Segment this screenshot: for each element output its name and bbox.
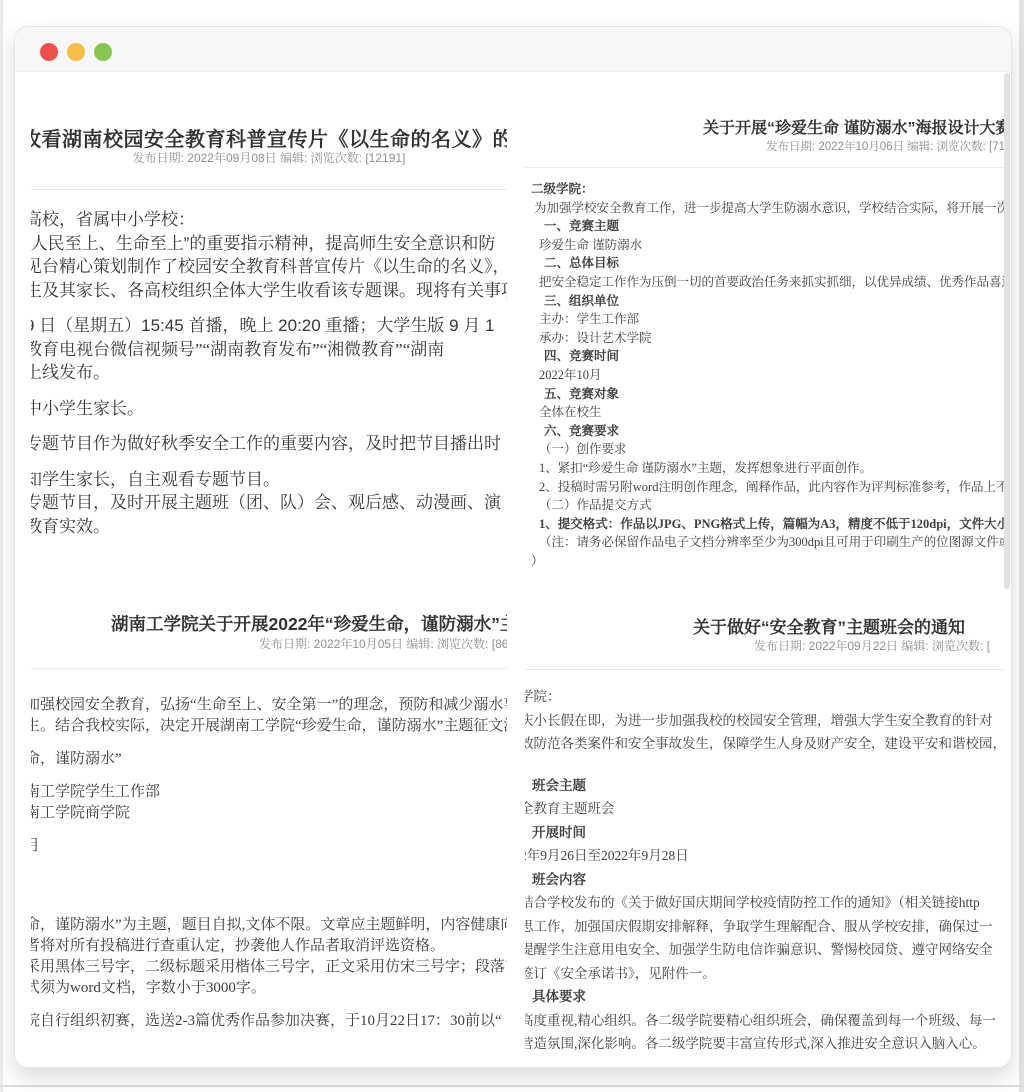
text-line: 上线发布。 [31,361,507,385]
text-line: 珍爱生命 谨防溺水 [531,236,1004,255]
text-line: 命，谨防溺水”为主题，题目自拟,文体不限。文章应主题鲜明，内容健康向上 [31,915,507,936]
spacer [31,737,507,749]
text-line: 生。结合我校实际，决定开展湖南工学院“珍爱生命，谨防溺水”主题征文活动， [31,716,507,737]
browser-window: 收看湖南校园安全教育科普宣传片《以生命的名义》的通知 发布日期: 2022年09… [14,26,1012,1068]
text-line: 结合学校发布的《关于做好国庆期间学校疫情防控工作的通知》（相关链接http [525,891,1004,915]
spacer [31,857,507,915]
text-line: “人民至上、生命至上”的重要指示精神，提高师生安全意识和防 [31,232,507,256]
text-line: 班会主题 [525,774,1004,798]
viewport-left-edge [0,0,3,1092]
publish-meta: 发布日期: 2022年09月22日 编辑: 浏览次数: [ [754,637,990,654]
spacer [31,824,507,836]
minimize-button[interactable] [67,43,85,61]
spacer [31,999,507,1011]
text-line: 南工学院学生工作部 [31,782,507,803]
notice-poster-contest-page: 关于开展“珍爱生命 谨防溺水”海报设计大赛的通知 发布日期: 2022年10月0… [525,96,1004,588]
text-line: 1、提交格式：作品以JPG、PNG格式上传，篇幅为A3，精度不低于120dpi，… [531,515,1004,534]
scrollbar[interactable] [1004,73,1010,589]
text-line: 式须为word文档，字数小于3000字。 [31,978,507,999]
divider [525,669,1004,670]
text-line: 三、组织单位 [531,292,1004,311]
text-line: 营造氛围,深化影响。各二级学院要丰富宣传形式,深入推进安全意识入脑入心。 [525,1032,1004,1056]
text-line: 教育电视台微信视频号”“湖南教育发布”“湘微教育”“湖南 [31,338,507,362]
text-line: 南工学院商学院 [31,803,507,824]
notice-safety-video-page: 收看湖南校园安全教育科普宣传片《以生命的名义》的通知 发布日期: 2022年09… [31,96,507,588]
spacer [31,456,507,468]
text-line: 庆小长假在即，为进一步加强我校的校园安全管理，增强大学生安全教育的针对 [525,709,1004,733]
text-line: 主办：学生工作部 [531,310,1004,329]
text-line: 2022年10月 [531,366,1004,385]
text-line: 者将对所有投稿进行查重认定，抄袭他人作品者取消评选资格。 [31,936,507,957]
text-line: 提醒学生注意用电安全、加强学生防电信诈骗意识、警惕校园贷、遵守网络安全 [525,938,1004,962]
text-line: （注：请务必保留作品电子文档分辨率至少为300dpi且可用于印刷生产的位图源文件… [531,533,1004,552]
text-line: 承办：设计艺术学院 [531,329,1004,348]
notice-essay-contest-page: 湖南工学院关于开展2022年“珍爱生命，谨防溺水”主题征文活动的通知 发布日期:… [31,599,507,1063]
page-title: 关于开展“珍爱生命 谨防溺水”海报设计大赛的通知 [703,115,1004,138]
text-line: 班会内容 [525,868,1004,892]
text-line: 2年9月26日至2022年9月28日 [525,844,1004,868]
text-line: 月 [31,836,507,857]
text-line: 专题节目作为做好秋季安全工作的重要内容，及时把节目播出时 [31,432,507,456]
page-title: 关于做好“安全教育”主题班会的通知 [693,613,965,638]
text-line: 效防范各类案件和安全事故发生，保障学生人身及财产安全，建设平安和谐校园， [525,732,1004,756]
spacer [525,756,1004,774]
text-line: 生及其家长、各高校组织全体大学生收看该专题课。现将有关事项 [31,279,507,303]
text-line: 六、竞赛要求 [531,422,1004,441]
text-line: 一、竞赛主题 [531,217,1004,236]
text-line: 具体要求 [525,985,1004,1009]
text-line: 教育实效。 [31,515,507,539]
text-line: 9 日（星期五）15:45 首播，晚上 20:20 重播；大学生版 9 月 1 [31,314,507,338]
publish-meta: 发布日期: 2022年09月08日 编辑: 浏览次数: [12191] [31,149,507,166]
close-button[interactable] [40,43,58,61]
publish-meta: 发布日期: 2022年10月06日 编辑: 浏览次数: [718] [766,138,1004,154]
divider [31,189,507,190]
text-line: 五、竞赛对象 [531,385,1004,404]
text-line: 中小学生家长。 [31,397,507,421]
page-title: 湖南工学院关于开展2022年“珍爱生命，谨防溺水”主题征文活动的通知 [111,611,507,636]
spacer [31,302,507,314]
spacer [31,770,507,782]
document-body: 高校，省属中小学校：“人民至上、生命至上”的重要指示精神，提高师生安全意识和防见… [31,208,507,538]
text-line: 开展时间 [525,821,1004,845]
notice-class-meeting-page: 关于做好“安全教育”主题班会的通知 发布日期: 2022年09月22日 编辑: … [525,599,1004,1063]
text-line: 二、总体目标 [531,254,1004,273]
text-line: 采用黑体三号字，二级标题采用楷体三号字，正文采用仿宋三号字；段落首行缩 [31,957,507,978]
spacer [31,385,507,397]
text-line: 1、紧扣“珍爱生命 谨防溺水”主题，发挥想象进行平面创作。 [531,459,1004,478]
text-line: 四、竞赛时间 [531,347,1004,366]
text-line: 院自行组织初赛，选送2-3篇优秀作品参加决赛，于10月22日17：30前以“ [31,1011,507,1032]
text-line: （二）作品提交方式 [531,496,1004,515]
text-line: 把安全稳定工作作为压倒一切的首要政治任务来抓实抓细，以优异成绩、优秀作品喜迎接 [531,273,1004,292]
text-line: 高度重视,精心组织。各二级学院要精心组织班会，确保覆盖到每一个班级、每一 [525,1009,1004,1033]
text-line: 高校，省属中小学校： [31,208,507,232]
publish-meta: 发布日期: 2022年10月05日 编辑: 浏览次数: [868] [259,635,507,652]
text-line: 为加强学校安全教育工作，进一步提高大学生防溺水意识，学校结合实际，将开展一次防 [531,199,1004,218]
text-line: 全体在校生 [531,403,1004,422]
document-body: 二级学院：为加强学校安全教育工作，进一步提高大学生防溺水意识，学校结合实际，将开… [531,180,1004,570]
text-line: 加强校园安全教育，弘扬“生命至上、安全第一”的理念，预防和减少溺水事故的 [31,695,507,716]
divider [525,167,1004,168]
text-line: （一）创作要求 [531,440,1004,459]
text-line: 思工作，加强国庆假期安排解释，争取学生理解配合、服从学校安排，确保过一 [525,915,1004,939]
window-titlebar[interactable] [15,27,1011,72]
text-line: 签订《安全承诺书》，见附件一。 [525,962,1004,986]
text-line: 知学生家长，自主观看专题节目。 [31,468,507,492]
viewport-bottom-border [0,1085,1024,1087]
text-line: 2、投稿时需另附word注明创作理念，阐释作品，此内容作为评判标准参考，作品上不… [531,478,1004,497]
maximize-button[interactable] [94,43,112,61]
text-line: 全教育主题班会 [525,797,1004,821]
spacer [31,420,507,432]
text-line: 命，谨防溺水” [31,749,507,770]
viewport-right-edge [1019,0,1024,1092]
text-line: 学院： [525,685,1004,709]
divider [31,668,507,669]
document-body: 学院：庆小长假在即，为进一步加强我校的校园安全管理，增强大学生安全教育的针对效防… [525,685,1004,1056]
text-line: ） [531,552,1004,571]
text-line: 专题节目，及时开展主题班（团、队）会、观后感、动漫画、演 [31,491,507,515]
text-line: 二级学院： [531,180,1004,199]
text-line: 见台精心策划制作了校园安全教育科普宣传片《以生命的名义》， [31,255,507,279]
document-body: 加强校园安全教育，弘扬“生命至上、安全第一”的理念，预防和减少溺水事故的生。结合… [31,695,507,1032]
